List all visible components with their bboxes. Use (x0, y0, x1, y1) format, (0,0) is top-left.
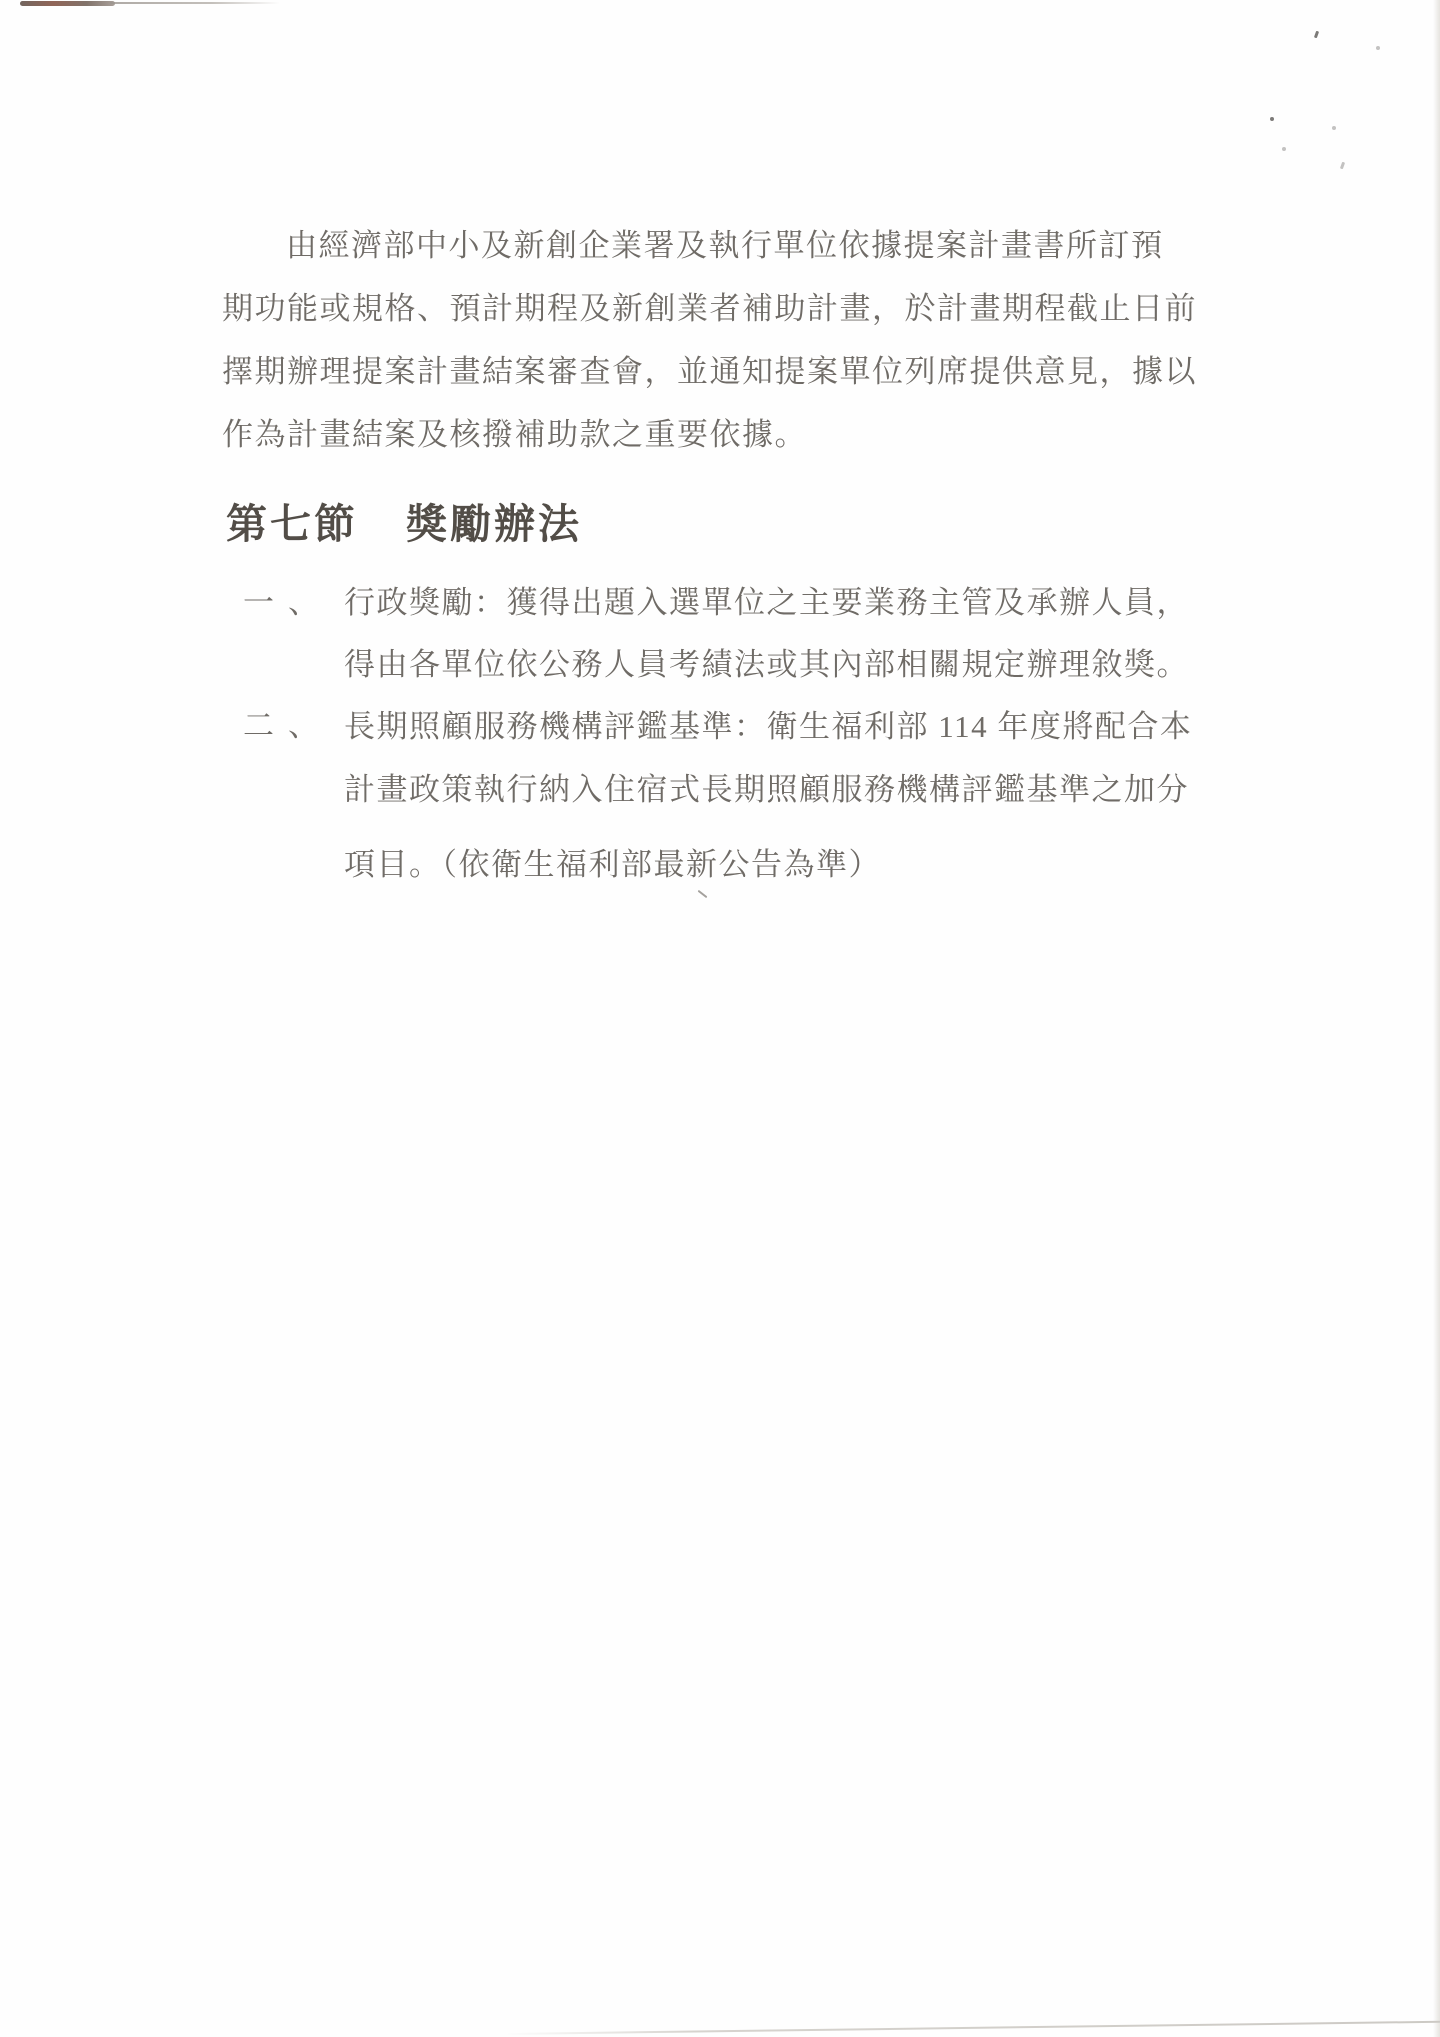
scan-artifact-speck (1270, 117, 1274, 121)
paragraph-line: 擇期辦理提案計畫結案審查會，並通知提案單位列席提供意見，據以 (222, 340, 1202, 403)
scan-artifact-speck (1376, 46, 1380, 50)
paragraph-line: 由經濟部中小及新創企業署及執行單位依據提案計畫書所訂預 (222, 214, 1202, 277)
paragraph: 由經濟部中小及新創企業署及執行單位依據提案計畫書所訂預 期功能或規格、預計期程及… (222, 214, 1202, 466)
scan-artifact-speck (1282, 147, 1286, 151)
list-item-line: 計畫政策執行納入住宿式長期照顧服務機構評鑑基準之加分 (344, 758, 1233, 821)
section-heading: 第七節獎勵辦法 (226, 491, 582, 550)
scan-artifact-top-smudge (20, 1, 115, 6)
list-item-number: 二、 (243, 695, 333, 757)
list-item-line: 得由各單位依公務人員考績法或其內部相關規定辦理敘獎。 (344, 634, 1233, 696)
section-heading-title: 獎勵辦法 (406, 501, 582, 547)
scan-artifact-top-smudge-tail (110, 2, 280, 4)
scan-artifact-speck (1314, 31, 1319, 39)
list-item-line: 項目。（依衛生福利部最新公告為準） (344, 833, 1233, 896)
list-item: 一、 行政獎勵：獲得出題入選單位之主要業務主管及承辦人員， 得由各單位依公務人員… (243, 572, 1233, 696)
list-item-line: 行政獎勵：獲得出題入選單位之主要業務主管及承辦人員， (344, 572, 1233, 634)
list-item-number: 一、 (243, 572, 333, 634)
document-page: 由經濟部中小及新創企業署及執行單位依據提案計畫書所訂預 期功能或規格、預計期程及… (0, 0, 1440, 2037)
list-item-text: 長期照顧服務機構評鑑基準：衛生福利部 114 年度將配合本 計畫政策執行納入住宿… (243, 695, 1233, 896)
list-item-line: 長期照顧服務機構評鑑基準：衛生福利部 114 年度將配合本 (344, 695, 1233, 758)
paragraph-line: 期功能或規格、預計期程及新創業者補助計畫，於計畫期程截止日前 (222, 277, 1202, 340)
list-item-text: 行政獎勵：獲得出題入選單位之主要業務主管及承辦人員， 得由各單位依公務人員考績法… (243, 572, 1233, 696)
scan-artifact-right-edge (1433, 0, 1440, 2037)
section-heading-number: 第七節 (226, 501, 358, 547)
scan-artifact-speck (1340, 162, 1345, 170)
list-item: 二、 長期照顧服務機構評鑑基準：衛生福利部 114 年度將配合本 計畫政策執行納… (243, 695, 1233, 896)
scan-artifact-speck (1332, 126, 1336, 130)
scan-artifact-bottom-edge (505, 2021, 1440, 2035)
paragraph-line: 作為計畫結案及核撥補助款之重要依據。 (222, 403, 1202, 466)
